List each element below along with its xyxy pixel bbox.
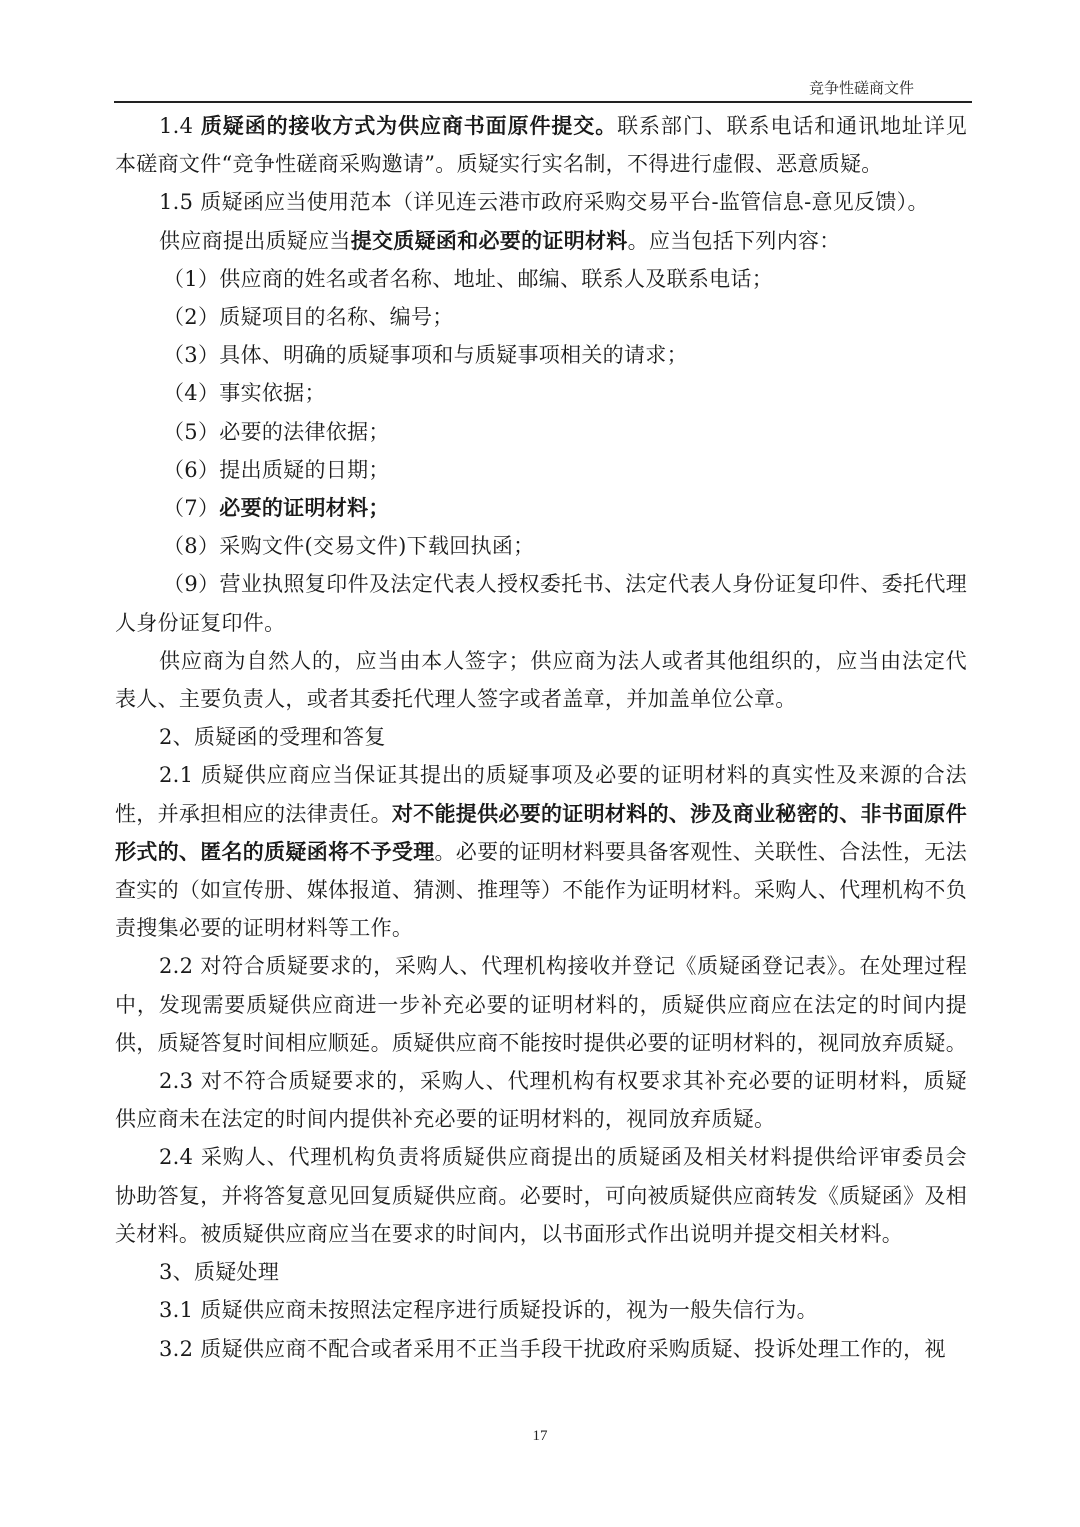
list-text-bold: 必要的证明材料；	[219, 495, 389, 520]
document-title: 竞争性磋商文件	[809, 77, 914, 98]
list-text: 具体、明确的质疑事项和与质疑事项相关的请求；	[219, 343, 688, 367]
section-number: 1.4	[159, 114, 201, 138]
list-item: （1）供应商的姓名或者名称、地址、邮编、联系人及联系电话；	[115, 260, 967, 298]
paragraph-2-4: 2.4 采购人、代理机构负责将质疑供应商提出的质疑函及相关材料提供给评审委员会协…	[115, 1138, 967, 1253]
list-label: （9）	[163, 572, 219, 596]
paragraph-1-5: 1.5 质疑函应当使用范本（详见连云港市政府采购交易平台-监管信息-意见反馈）。	[115, 183, 967, 221]
list-label: （7）	[163, 496, 219, 520]
list-label: （6）	[163, 458, 219, 482]
list-item: （4）事实依据；	[115, 374, 967, 412]
list-item: （5）必要的法律依据；	[115, 413, 967, 451]
bold-text: 质疑函的接收方式为供应商书面原件提交。	[201, 113, 617, 138]
list-label: （5）	[163, 420, 219, 444]
bold-text: 提交质疑函和必要的证明材料	[351, 228, 628, 253]
list-item: （6）提出质疑的日期；	[115, 451, 967, 489]
list-text: 质疑项目的名称、编号；	[219, 305, 453, 329]
paragraph-1-4: 1.4 质疑函的接收方式为供应商书面原件提交。联系部门、联系电话和通讯地址详见本…	[115, 107, 967, 183]
section-heading-3: 3、质疑处理	[115, 1253, 967, 1291]
page-header: 竞争性磋商文件	[114, 74, 972, 103]
paragraph-text: 供应商提出质疑应当	[159, 229, 351, 253]
list-text: 提出质疑的日期；	[219, 458, 389, 482]
paragraph-2-2: 2.2 对符合质疑要求的，采购人、代理机构接收并登记《质疑函登记表》。在处理过程…	[115, 947, 967, 1062]
list-text: 事实依据；	[219, 381, 326, 405]
paragraph-3-2: 3.2 质疑供应商不配合或者采用不正当手段干扰政府采购质疑、投诉处理工作的，视	[115, 1330, 967, 1368]
list-text: 营业执照复印件及法定代表人授权委托书、法定代表人身份证复印件、委托代理人身份证复…	[115, 572, 967, 634]
list-text: 供应商的姓名或者名称、地址、邮编、联系人及联系电话；	[219, 267, 773, 291]
list-item: （9）营业执照复印件及法定代表人授权委托书、法定代表人身份证复印件、委托代理人身…	[115, 565, 967, 641]
section-heading-2: 2、质疑函的受理和答复	[115, 718, 967, 756]
list-text: 必要的法律依据；	[219, 420, 389, 444]
paragraph-signature: 供应商为自然人的，应当由本人签字；供应商为法人或者其他组织的，应当由法定代表人、…	[115, 642, 967, 718]
paragraph-2-3: 2.3 对不符合质疑要求的，采购人、代理机构有权要求其补充必要的证明材料，质疑供…	[115, 1062, 967, 1138]
list-text: 采购文件(交易文件)下载回执函；	[219, 534, 534, 558]
page-number: 17	[0, 1428, 1080, 1445]
list-label: （4）	[163, 381, 219, 405]
list-item: （3）具体、明确的质疑事项和与质疑事项相关的请求；	[115, 336, 967, 374]
list-label: （1）	[163, 267, 219, 291]
paragraph-2-1: 2.1 质疑供应商应当保证其提出的质疑事项及必要的证明材料的真实性及来源的合法性…	[115, 756, 967, 947]
list-label: （3）	[163, 343, 219, 367]
list-label: （2）	[163, 305, 219, 329]
list-item: （2）质疑项目的名称、编号；	[115, 298, 967, 336]
list-item: （7）必要的证明材料；	[115, 489, 967, 527]
paragraph-3-1: 3.1 质疑供应商未按照法定程序进行质疑投诉的，视为一般失信行为。	[115, 1291, 967, 1329]
list-item: （8）采购文件(交易文件)下载回执函；	[115, 527, 967, 565]
document-body: 1.4 质疑函的接收方式为供应商书面原件提交。联系部门、联系电话和通讯地址详见本…	[115, 107, 967, 1368]
paragraph-submit: 供应商提出质疑应当提交质疑函和必要的证明材料。应当包括下列内容：	[115, 222, 967, 260]
list-label: （8）	[163, 534, 219, 558]
paragraph-text: 。应当包括下列内容：	[628, 229, 841, 253]
